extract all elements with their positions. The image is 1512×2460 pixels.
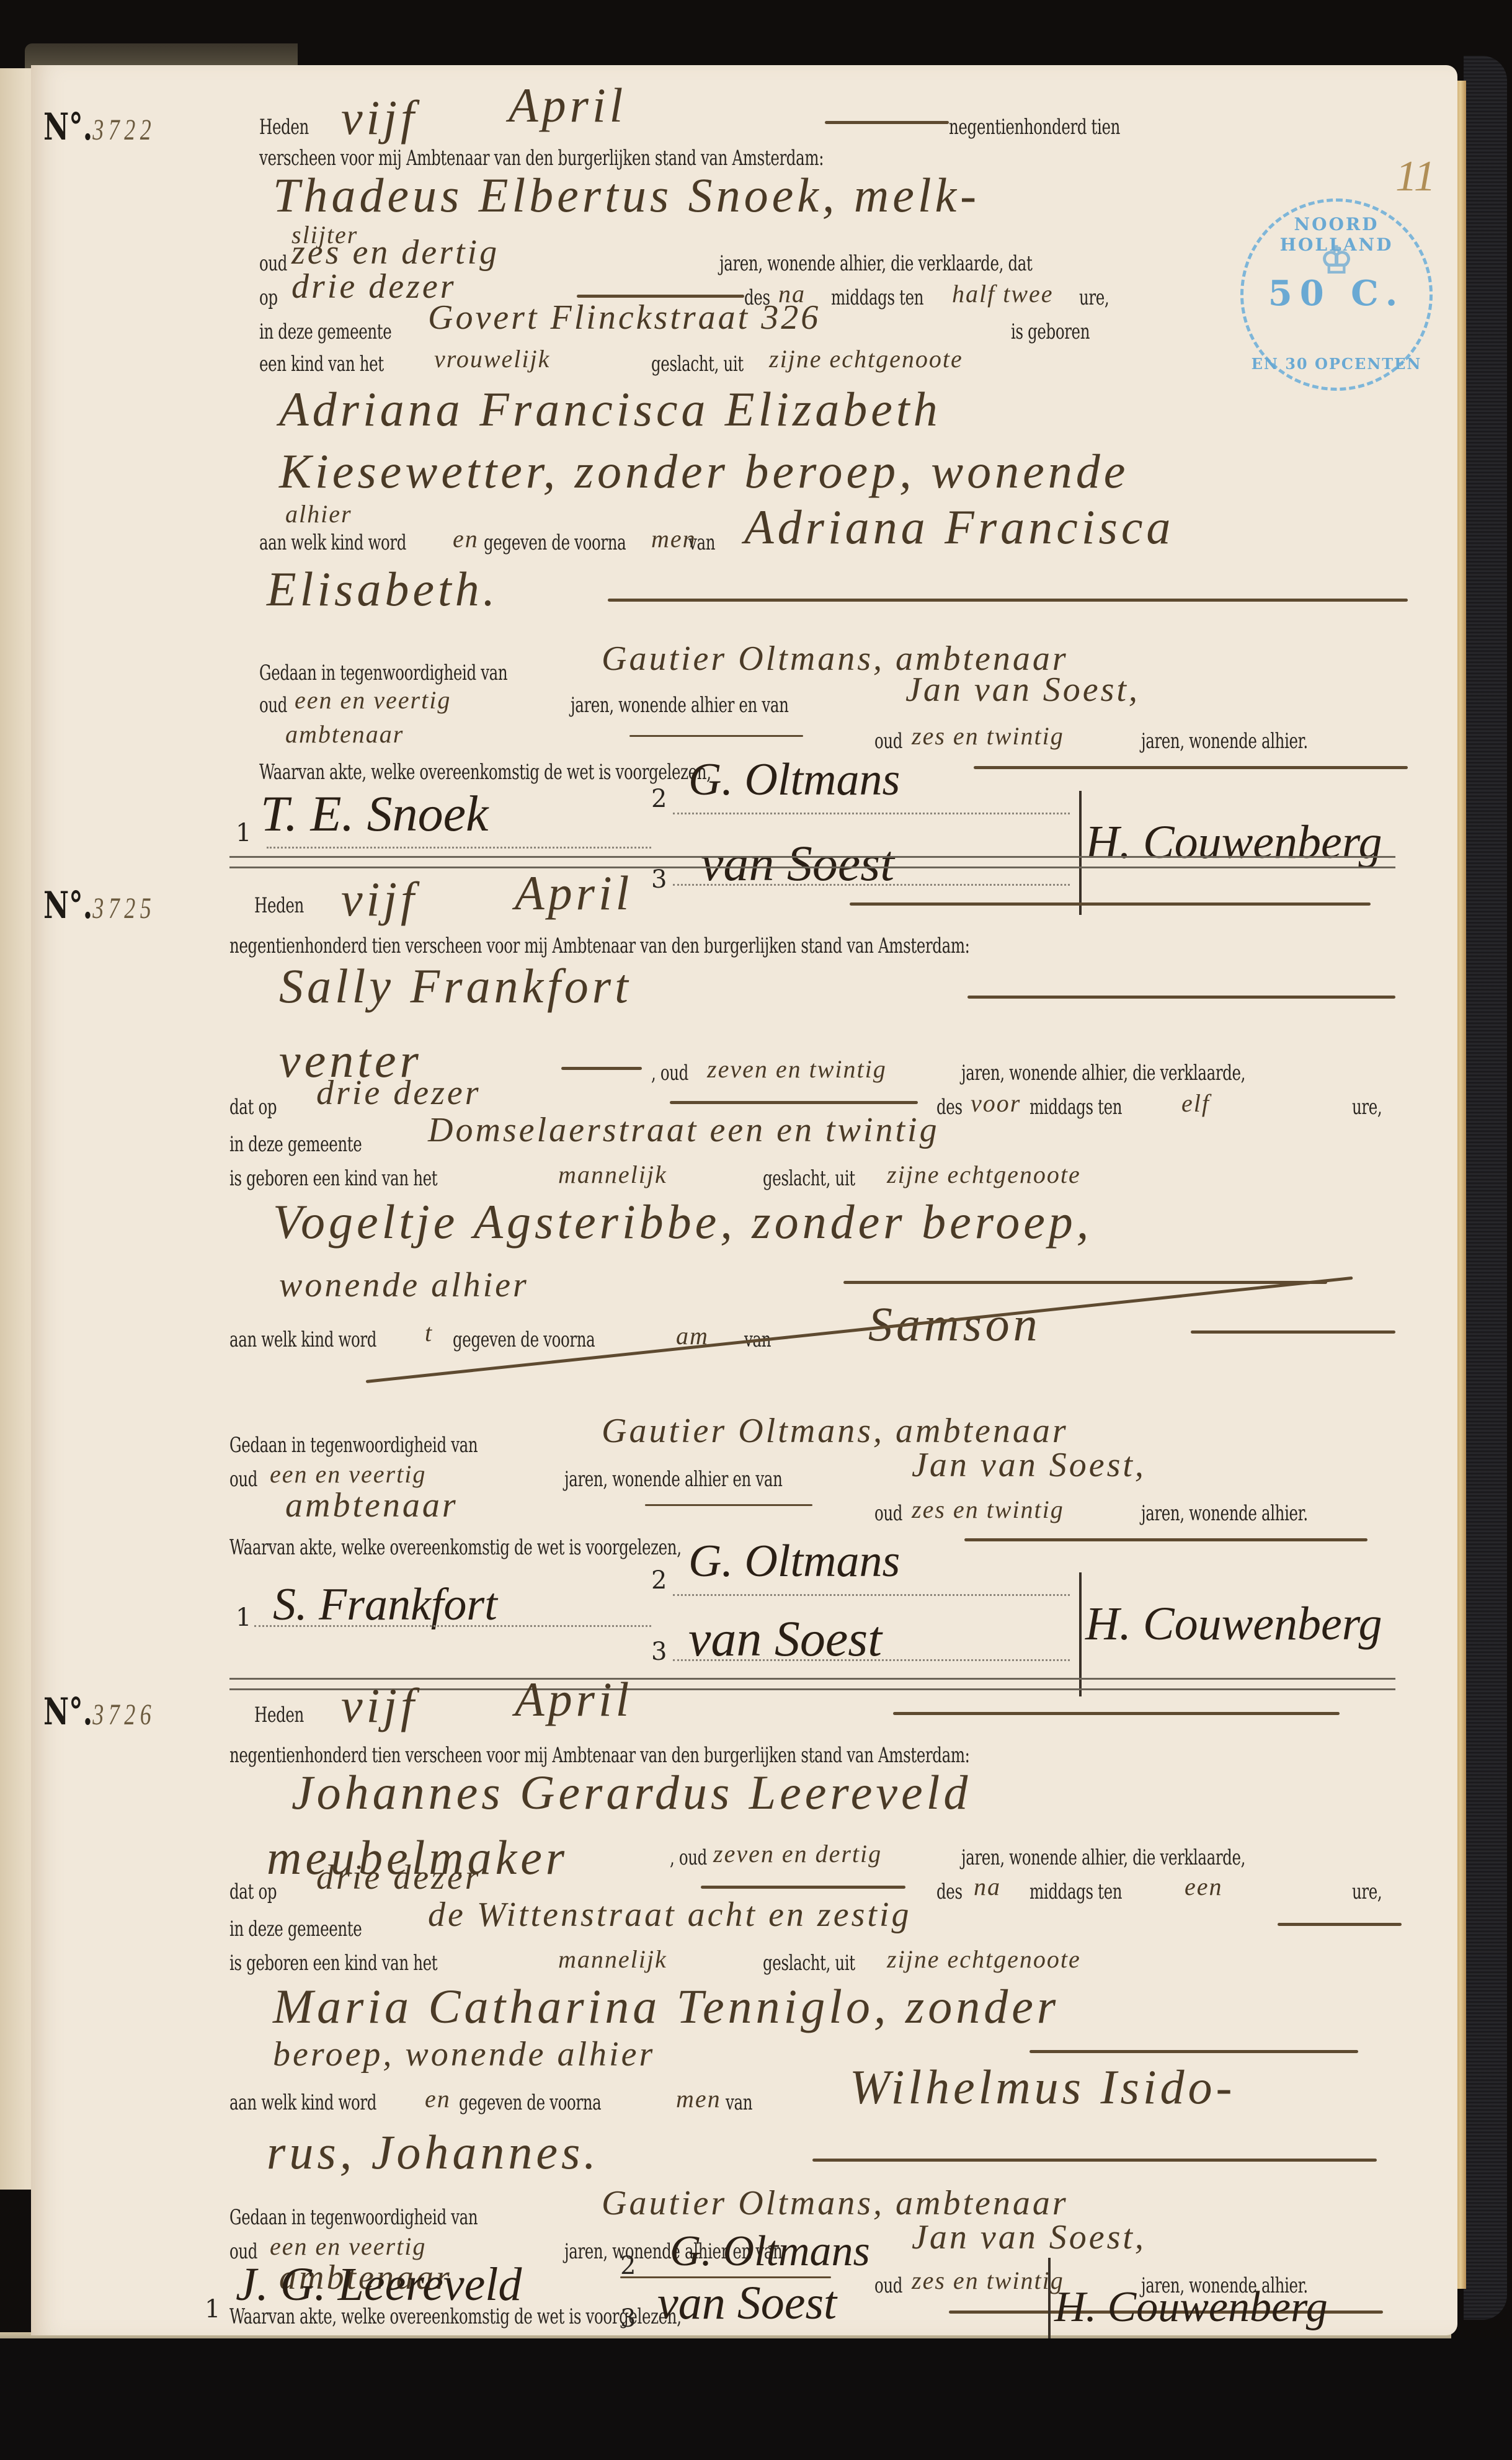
mother-name: Vogeltje Agsteribbe, zonder beroep, — [273, 1194, 1092, 1250]
birth-address: de Wittenstraat acht en zestig — [428, 1895, 911, 1935]
printed-aan-welk-kind: aan welk kind word — [259, 530, 406, 555]
printed-oud: oud — [229, 1467, 257, 1492]
declarant-name: Sally Frankfort — [279, 958, 632, 1014]
register-page: 11 NOORD HOLLAND ♔ 50 C. EN 30 OPCENTEN … — [31, 65, 1457, 2335]
record-number-label: N°.3726 — [43, 1690, 156, 1734]
child-names: Adriana Francisca — [744, 499, 1174, 555]
printed-aan-welk-kind: aan welk kind word — [229, 2090, 376, 2115]
mother-residence: beroep, wonende alhier — [273, 2034, 655, 2074]
birth-address: Domselaerstraat een en twintig — [428, 1110, 940, 1150]
record-number-label: N°.3722 — [43, 105, 156, 149]
signature-index-2: 2 — [651, 785, 667, 813]
signature-index-3: 3 — [651, 1638, 667, 1666]
signature-line — [673, 1594, 1070, 1596]
word-suffix: en — [453, 524, 479, 553]
mother-intro: zijne echtgenoote — [769, 344, 963, 373]
witness1-age: een en veertig — [295, 685, 451, 715]
printed-gegeven: gegeven de voorna — [484, 530, 626, 555]
printed-ure: ure, — [1352, 1095, 1382, 1120]
word-suffix: t — [425, 1318, 433, 1347]
printed-aan-welk-kind: aan welk kind word — [229, 1327, 376, 1352]
printed-een-kind: een kind van het — [259, 352, 384, 377]
signature-index-3: 3 — [651, 865, 667, 894]
printed-dat-op: dat op — [229, 1095, 277, 1120]
birth-hour: elf — [1181, 1089, 1210, 1118]
printed-van: van — [726, 2090, 752, 2115]
signature-index-1: 1 — [236, 1603, 251, 1632]
filler-rule — [825, 121, 949, 124]
record-separator — [229, 856, 1395, 868]
printed-jaren-verklaarde: jaren, wonende alhier, die verklaarde, — [961, 1845, 1245, 1870]
printed-van: van — [688, 530, 715, 555]
declarant-age: zeven en twintig — [707, 1054, 887, 1084]
signature-index-3: 3 — [620, 2304, 636, 2333]
signature-witness2: van Soest — [657, 2276, 837, 2330]
birth-address: Govert Flinckstraat 326 — [428, 298, 820, 337]
birth-hour: half twee — [952, 279, 1054, 308]
witness1-age: een en veertig — [270, 2232, 426, 2261]
filler-rule — [701, 1886, 905, 1889]
declarant-name: Thadeus Elbertus Snoek, melk- — [273, 167, 980, 223]
printed-heden: Heden — [259, 115, 309, 140]
mother-name: Maria Catharina Tenniglo, zonder — [273, 1979, 1059, 2034]
printed-waarvan: Waarvan akte, welke overeenkomstig de we… — [229, 1535, 682, 1560]
printed-year: negentienhonderd tien — [949, 115, 1120, 140]
part-of-day: na — [974, 1872, 1001, 1901]
filler-rule — [967, 996, 1395, 999]
printed-dat-op: dat op — [229, 1879, 277, 1904]
filler-rule — [608, 599, 1408, 602]
printed-gedaan: Gedaan in tegenwoordigheid van — [229, 1433, 478, 1458]
filler-rule — [812, 2159, 1377, 2162]
signature-index-1: 1 — [205, 2295, 220, 2324]
mother-details: Kiesewetter, zonder beroep, wonende — [279, 443, 1129, 499]
printed-des: des — [936, 1095, 963, 1120]
child-sex: mannelijk — [558, 1945, 667, 1974]
signature-witness1: G. Oltmans — [688, 1535, 900, 1588]
printed-jaren-alhier: jaren, wonende alhier. — [1141, 1501, 1308, 1526]
witness2-occupation: ambtenaar — [285, 720, 404, 749]
witness2-age: zes en twintig — [912, 1495, 1064, 1524]
printed-verscheen: negentienhonderd tien verscheen voor mij… — [229, 934, 970, 958]
declarant-name: Johannes Gerardus Leereveld — [291, 1765, 971, 1820]
signature-line — [673, 813, 1070, 814]
book-binding — [1464, 56, 1507, 2320]
witness2-age: zes en twintig — [912, 721, 1064, 751]
printed-oud: , oud — [651, 1061, 688, 1085]
filler-rule — [1191, 1330, 1395, 1334]
printed-ure: ure, — [1352, 1879, 1382, 1904]
filler-rule — [645, 1504, 812, 1506]
printed-geslacht-uit: geslacht, uit — [651, 352, 744, 377]
signature-index-2: 2 — [651, 1566, 667, 1595]
filler-rule — [893, 1712, 1340, 1715]
record-number: 3722 — [92, 114, 156, 146]
witness1-age: een en veertig — [270, 1460, 426, 1489]
signature-index-2: 2 — [620, 2252, 636, 2280]
book-cover-bottom — [0, 2338, 1512, 2460]
record-number: 3726 — [92, 1698, 156, 1731]
witness2-age: zes en twintig — [912, 2266, 1064, 2295]
printed-gegeven: gegeven de voorna — [459, 2090, 601, 2115]
printed-op: op — [259, 285, 278, 310]
printed-jaren-verklaarde: jaren, wonende alhier, die verklaarde, — [961, 1061, 1245, 1085]
signature-index-1: 1 — [236, 819, 251, 847]
mother-residence: wonende alhier — [279, 1265, 529, 1305]
word-suffix: en — [425, 2084, 451, 2113]
witness2-occupation: ambtenaar — [285, 1486, 458, 1525]
printed-is-geboren-een-kind: is geboren een kind van het — [229, 1951, 437, 1976]
filler-rule — [1278, 1923, 1402, 1926]
printed-jaren-alhier: jaren, wonende alhier. — [1141, 729, 1308, 754]
printed-gegeven: gegeven de voorna — [453, 1327, 595, 1352]
child-names-cont: rus, Johannes. — [267, 2124, 600, 2180]
record-day: vijf — [341, 871, 418, 927]
printed-oud: oud — [874, 1501, 902, 1526]
voornaam-suffix: men — [676, 2084, 721, 2113]
printed-des: des — [936, 1879, 963, 1904]
birth-hour: een — [1185, 1872, 1223, 1901]
child-names-cont: Elisabeth. — [267, 561, 499, 617]
filler-rule — [670, 1101, 918, 1104]
record-month: April — [515, 865, 633, 921]
printed-oud: oud — [874, 2273, 902, 2298]
part-of-day: voor — [971, 1089, 1021, 1118]
stamp-value: 50 C. — [1243, 273, 1430, 314]
printed-oud: oud — [874, 729, 902, 754]
printed-middags-ten: middags ten — [831, 285, 923, 310]
printed-geslacht-uit: geslacht, uit — [763, 1951, 855, 1976]
printed-jaren-en-van: jaren, wonende alhier en van — [564, 1467, 782, 1492]
mother-residence: alhier — [285, 499, 352, 528]
printed-verscheen: negentienhonderd tien verscheen voor mij… — [229, 1743, 970, 1768]
filler-rule — [974, 766, 1408, 769]
witness2-name: Jan van Soest, — [912, 1445, 1146, 1485]
record-number: 3725 — [92, 892, 156, 925]
printed-in-deze-gemeente: in deze gemeente — [229, 1132, 362, 1157]
declarant-age: zeven en dertig — [713, 1839, 882, 1868]
witness2-name: Jan van Soest, — [905, 670, 1140, 710]
printed-ure: ure, — [1079, 285, 1109, 310]
printed-oud: oud — [259, 693, 287, 718]
printed-oud: oud — [259, 251, 287, 276]
record-number-label: N°.3725 — [43, 884, 156, 927]
signature-line — [267, 847, 651, 849]
signature-declarant: S. Frankfort — [273, 1579, 497, 1631]
signature-line — [254, 1625, 651, 1627]
signature-registrar: H. Couwenberg — [1085, 1597, 1382, 1651]
stamp-surcharge: EN 30 OPCENTEN — [1243, 355, 1430, 373]
printed-middags-ten: middags ten — [1029, 1095, 1122, 1120]
printed-waarvan: Waarvan akte, welke overeenkomstig de we… — [259, 760, 711, 785]
printed-in-deze-gemeente: in deze gemeente — [259, 319, 391, 344]
filler-rule — [1029, 2050, 1358, 2053]
printed-middags-ten: middags ten — [1029, 1879, 1122, 1904]
printed-geslacht-uit: geslacht, uit — [763, 1166, 855, 1191]
mother-intro: zijne echtgenoote — [887, 1160, 1081, 1189]
printed-is-geboren: is geboren — [1011, 319, 1090, 344]
child-sex: vrouwelijk — [434, 344, 550, 373]
mother-name: Adriana Francisca Elizabeth — [279, 381, 941, 437]
child-sex: mannelijk — [558, 1160, 667, 1189]
printed-oud: , oud — [670, 1845, 707, 1870]
folio-number: 11 — [1395, 152, 1436, 202]
printed-gedaan: Gedaan in tegenwoordigheid van — [229, 2205, 478, 2230]
filler-rule — [629, 735, 803, 737]
filler-rule — [561, 1067, 642, 1070]
printed-in-deze-gemeente: in deze gemeente — [229, 1917, 362, 1941]
signature-witness1: G. Oltmans — [688, 754, 900, 806]
record-month: April — [515, 1672, 633, 1727]
mother-intro: zijne echtgenoote — [887, 1945, 1081, 1974]
record-month: April — [509, 78, 626, 133]
signature-registrar: H. Couwenberg — [1054, 2283, 1328, 2332]
page-stack-top-edge — [25, 43, 298, 68]
filler-rule — [964, 1538, 1367, 1541]
printed-jaren-en-van: jaren, wonende alhier en van — [571, 693, 788, 718]
printed-heden: Heden — [254, 1703, 304, 1727]
signature-line — [673, 884, 1070, 886]
signature-declarant: T. E. Snoek — [260, 785, 488, 843]
signature-declarant: J. G. Leereveld — [236, 2258, 522, 2312]
tax-stamp: NOORD HOLLAND ♔ 50 C. EN 30 OPCENTEN — [1240, 198, 1433, 391]
printed-heden: Heden — [254, 893, 304, 918]
printed-is-geboren-een-kind: is geboren een kind van het — [229, 1166, 437, 1191]
printed-verscheen: verscheen voor mij Ambtenaar van den bur… — [259, 146, 824, 171]
filler-rule — [850, 902, 1371, 906]
child-names: Wilhelmus Isido- — [850, 2059, 1235, 2115]
signature-divider — [1079, 791, 1082, 915]
birth-day: drie dezer — [316, 1858, 481, 1897]
printed-jaren-verklaarde: jaren, wonende alhier, die verklaarde, d… — [719, 251, 1032, 276]
witness2-name: Jan van Soest, — [912, 2217, 1146, 2257]
signature-witness1: G. Oltmans — [670, 2227, 870, 2276]
record-day: vijf — [341, 1678, 418, 1734]
filler-rule — [843, 1281, 1327, 1284]
record-day: vijf — [341, 90, 418, 146]
signature-divider — [1048, 2258, 1051, 2338]
birth-day: drie dezer — [316, 1073, 481, 1113]
printed-gedaan: Gedaan in tegenwoordigheid van — [259, 661, 507, 685]
signature-line — [673, 1659, 1070, 1661]
